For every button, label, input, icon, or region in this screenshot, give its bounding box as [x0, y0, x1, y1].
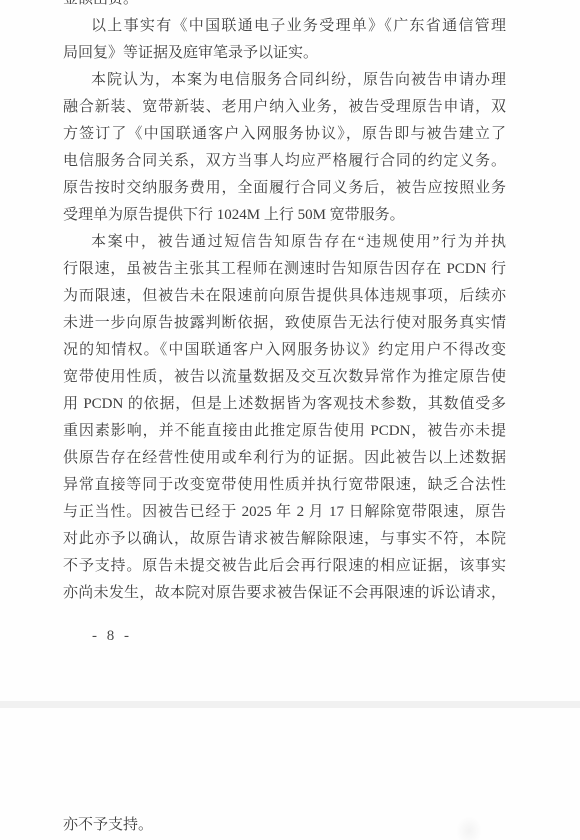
text-line: 异常直接等同于改变宽带使用性质并执行宽带限速，缺乏合法性 [63, 472, 506, 499]
text-line: 受理单为原告提供下行 1024M 上行 50M 宽带服务。 [63, 202, 506, 229]
text-line: 本案中，被告通过短信告知原告存在“违规使用”行为并执 [63, 229, 506, 256]
text-line: 用 PCDN 的依据，但是上述数据皆为客观技术参数，其数值受多 [63, 391, 506, 418]
text-line: 亦尚未发生，故本院对原告要求被告保证不会再限速的诉讼请求， [63, 580, 506, 607]
text-line: 不予支持。原告未提交被告此后会再行限速的相应证据，该事实 [63, 553, 506, 580]
text-line: 况的知情权。《中国联通客户入网服务协议》约定用户不得改变 [63, 337, 506, 364]
text-line: 宽带使用性质，被告以流量数据及交互次数异常作为推定原告使 [63, 364, 506, 391]
text-line: 未进一步向原告披露判断依据，致使原告无法行使对服务真实情 [63, 310, 506, 337]
text-line: 融合新装、宽带新装、老用户纳入业务，被告受理原告申请，双 [63, 94, 506, 121]
document-viewer: 金额出资。以上事实有《中国联通电子业务受理单》《广东省通信管理局回复》等证据及庭… [0, 0, 580, 840]
text-line: 对此亦予以确认，故原告请求被告解除限速，与事实不符，本院 [63, 526, 506, 553]
watermark-smudge [456, 816, 482, 840]
text-line: 电信服务合同关系，双方当事人均应严格履行合同的约定义务。 [63, 148, 506, 175]
text-line: 金额出资。 [63, 0, 506, 13]
text-line: 为而限速，但被告未在限速前向原告提供具体违规事项，后续亦 [63, 283, 506, 310]
text-line: 本院认为，本案为电信服务合同纠纷，原告向被告申请办理 [63, 67, 506, 94]
judgment-page-9: 亦不予支持。 [0, 708, 580, 840]
body-text: 金额出资。以上事实有《中国联通电子业务受理单》《广东省通信管理局回复》等证据及庭… [63, 0, 506, 607]
text-line: 与正当性。因被告已经于 2025 年 2 月 17 日解除宽带限速，原告 [63, 499, 506, 526]
text-line: 行限速，虽被告主张其工程师在测速时告知原告因存在 PCDN 行 [63, 256, 506, 283]
page-separator [0, 701, 580, 708]
text-line: 方签订了《中国联通客户入网服务协议》，原告即与被告建立了 [63, 121, 506, 148]
text-line: 重因素影响，并不能直接由此推定原告使用 PCDN，被告亦未提 [63, 418, 506, 445]
page-number: - 8 - [92, 627, 132, 645]
text-line: 原告按时交纳服务费用，全面履行合同义务后，被告应按照业务 [63, 175, 506, 202]
text-line: 以上事实有《中国联通电子业务受理单》《广东省通信管理 [63, 13, 506, 40]
text-line: 供原告存在经营性使用或牟利行为的证据。因此被告以上述数据 [63, 445, 506, 472]
text-line: 局回复》等证据及庭审笔录予以证实。 [63, 40, 506, 67]
judgment-page-8: 金额出资。以上事实有《中国联通电子业务受理单》《广东省通信管理局回复》等证据及庭… [0, 0, 580, 701]
body-text-continued: 亦不予支持。 [63, 813, 153, 837]
